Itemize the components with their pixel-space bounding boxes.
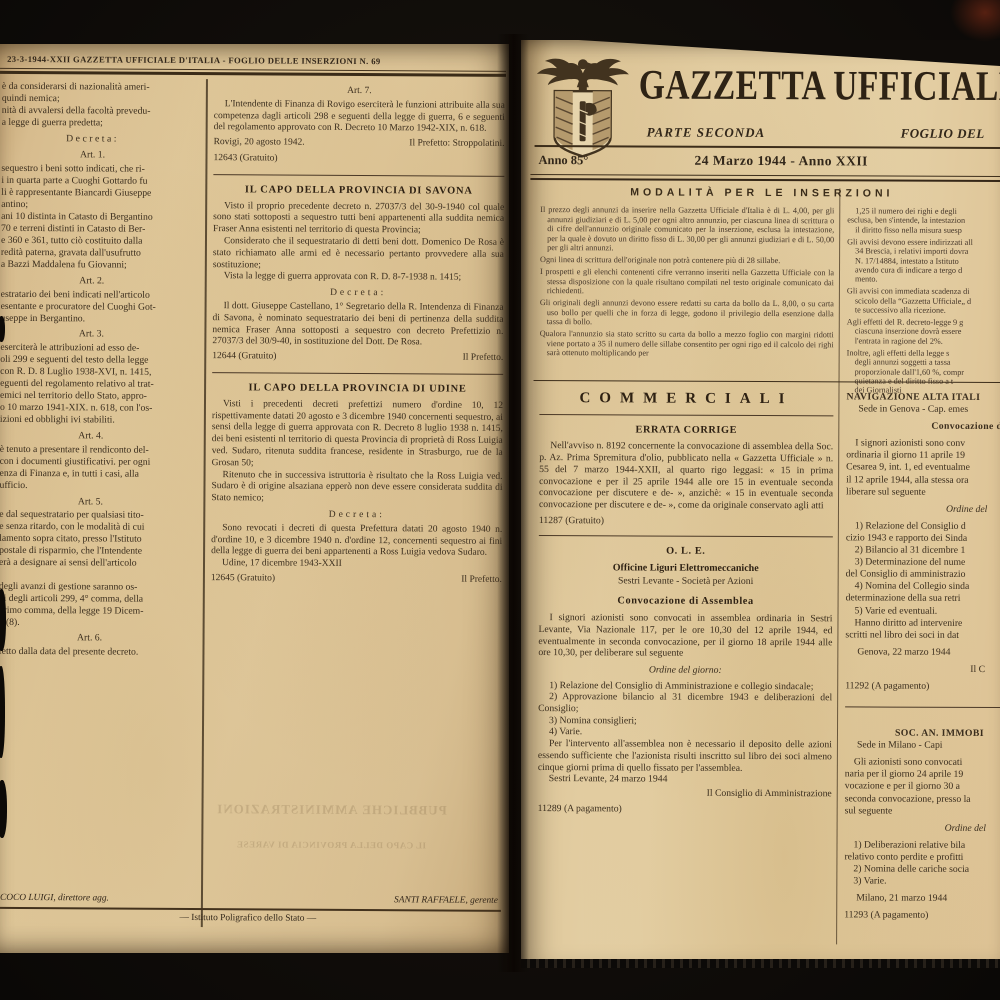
text-line: 3) Varie.: [844, 875, 1000, 888]
text: Sestri Levante - Società per Azioni: [618, 575, 753, 587]
text-block: [212, 372, 503, 375]
text-line: Il C: [970, 664, 1000, 676]
text-line: Sede in Milano - Capi: [857, 740, 1000, 753]
left-page-content: 23-3-1944-XXII GAZZETTA UFFICIALE D'ITAL…: [0, 44, 509, 956]
text-right: Il Prefetto.: [461, 575, 502, 587]
text: 12643 (Gratuito): [213, 153, 277, 163]
text: COMMERCIALI: [579, 390, 793, 407]
modalita-section-title: MODALITÀ PER LE INSERZIONI: [522, 186, 1000, 200]
text: Il dott. Giuseppe Castellano, 1° Segreta…: [212, 301, 503, 348]
text-line: erà a designare ai sensi dell'articolo: [0, 557, 200, 570]
text-line: 2) Bilancio al 31 dicembre 1: [846, 544, 1000, 557]
running-header: 23-3-1944-XXII GAZZETTA UFFICIALE D'ITAL…: [7, 54, 381, 66]
text: 12645 (Gratuito): [211, 573, 275, 585]
text: I signori azionisti sono convocati in as…: [538, 612, 832, 659]
text: Ordine del giorno:: [649, 664, 722, 675]
text-line: relativo conto perdite e profitti: [844, 851, 1000, 864]
text-block: 12643 (Gratuito): [213, 153, 504, 167]
text-line: Art. 4.: [0, 430, 182, 443]
text: 2) Approvazione bilancio al 31 dicembre …: [538, 691, 832, 714]
text: IL CAPO DELLA PROVINCIA DI UDINE: [248, 382, 466, 394]
notice-paragraph: Qualora l'annunzio sia stato scritto su …: [540, 329, 834, 359]
notice-paragraph: Gli originali degli annunzi devono esser…: [540, 298, 834, 328]
text: Il Consiglio di Amministrazione: [707, 788, 832, 800]
text-line: Genova, 22 marzo 1944: [857, 646, 1000, 659]
text-block: Sestri Levante - Società per Azioni: [539, 575, 833, 588]
text: Visto il proprio precedente decreto n. 2…: [213, 201, 504, 236]
text-line: determinazione della sua retri: [846, 593, 1000, 606]
text-block: Il dott. Giuseppe Castellano, 1° Segreta…: [212, 301, 503, 350]
text-line: scritti nel libro dei soci in dat: [845, 629, 1000, 642]
text: Sono revocati i decreti di questa Prefet…: [211, 523, 502, 558]
text-line: Cesarea 9, int. 1, ed eventualme: [846, 462, 1000, 475]
binding-smudge: [950, 0, 1000, 42]
text-line: liberare sul seguente: [846, 486, 1000, 499]
text-block: Ordine del giorno:: [538, 664, 832, 677]
text-line: Sede in Genova - Cap. emes: [858, 404, 1000, 417]
text-block: Visto il proprio precedente decreto n. 2…: [213, 201, 504, 238]
text-line: è tenuto a presentare il rendiconto del-: [0, 443, 201, 456]
text-line: 11292 (A pagamento): [845, 680, 1000, 693]
text-block: Il Consiglio di Amministrazione: [538, 787, 832, 800]
text-line: esentante e procuratore del Cuoghi Got-: [1, 300, 202, 313]
foglio-label: FOGLIO DEL: [901, 126, 985, 142]
text: 1) Relazione del Consiglio di Amministra…: [549, 680, 813, 692]
text-block: O. L. E.: [539, 545, 833, 558]
text-line: sul seguente: [845, 805, 1000, 818]
text-line: mento.: [855, 275, 1000, 285]
text: ERRATA CORRIGE: [636, 424, 738, 435]
footer-rule: [0, 907, 501, 912]
gazette-title: GAZZETTA UFFICIALE D: [639, 61, 1000, 111]
text-block: IL CAPO DELLA PROVINCIA DI UDINE: [212, 382, 503, 396]
text-block: 12644 (Gratuito)Il Prefetto.: [212, 351, 503, 365]
text-line: sequestro i beni sotto indicati, che ri-: [1, 162, 202, 175]
text: 4) Varie.: [549, 727, 582, 738]
text: Ritenuto che in successiva istruttoria è…: [211, 470, 502, 504]
text-line: estratario dei beni indicati nell'artico…: [1, 288, 202, 301]
text-block: Sestri Levante, 24 marzo 1944: [538, 773, 832, 786]
text-line: ufficio.: [0, 480, 201, 493]
text-line: Art. 3.: [0, 328, 182, 341]
right-page: GAZZETTA UFFICIALE D PARTE SECONDA FOGLI…: [521, 40, 1000, 968]
text: 12644 (Gratuito): [212, 351, 276, 363]
issue-date: 24 Marzo 1944 - Anno XXII: [694, 153, 867, 170]
text-block: [539, 535, 833, 537]
text: Art. 7.: [347, 86, 372, 96]
text-line: 1) Deliberazioni relative bila: [844, 839, 1000, 852]
notice-paragraph: I prospetti e gli elenchi contenenti cif…: [540, 267, 834, 297]
text-block: COMMERCIALI: [539, 393, 833, 406]
text-block: Sono revocati i decreti di questa Prefet…: [211, 523, 502, 560]
text-line: naria per il giorno 24 aprile 19: [845, 769, 1000, 782]
binding-gutter-shadow: [497, 34, 529, 972]
text-line: seconda convocazione, presso la: [845, 793, 1000, 806]
ghost-heading: PUBBLICHE AMMINISTRAZIONI: [200, 801, 462, 819]
text: Nell'avviso n. 8192 concernente la convo…: [539, 440, 833, 511]
text-line: degli annunzi soggetti a tassa: [855, 358, 1000, 368]
text-block: Decreta:: [213, 287, 504, 301]
text-line: l'entrata in ragione del 2%.: [855, 336, 1000, 346]
text-line: fetto dalla data del presente decreto.: [0, 646, 200, 659]
text-block: Visti i precedenti decreti prefettizi nu…: [212, 399, 503, 472]
text-line: I signori azionisti sono conv: [846, 438, 1000, 451]
text: Decreta:: [330, 288, 386, 298]
text-line: 1) Relazione del Consiglio d: [846, 520, 1000, 533]
left-page: 23-3-1944-XXII GAZZETTA UFFICIALE D'ITAL…: [0, 44, 509, 953]
text-line: 34 Brescia, i relativi importi dovra: [855, 247, 1000, 257]
text-line: Gli avvisi con immediata scadenza di: [847, 287, 1000, 297]
notice-paragraph: Ogni linea di scrittura dell'originale n…: [540, 255, 834, 266]
text-block: Ritenuto che in successiva istruttoria è…: [211, 470, 502, 507]
text-line: 4) Nomina del Collegio sinda: [846, 581, 1000, 594]
text-block: I signori azionisti sono convocati in as…: [538, 612, 832, 660]
commerciali-column: COMMERCIALIERRATA CORRIGENell'avviso n. …: [538, 391, 834, 816]
show-through-ghost-text: PUBBLICHE AMMINISTRAZIONI IL CAPO DELLA …: [200, 801, 462, 851]
text-line: Ordine del: [946, 504, 1000, 516]
text-line: 4 (8).: [0, 617, 200, 630]
text-line: Convocazione d: [931, 421, 1000, 434]
text-line: ciascuna inserzione dovrà essere: [855, 327, 1000, 337]
text-line: [845, 706, 1000, 708]
text-block: [539, 414, 833, 416]
text-line: Hanno diritto ad intervenire: [845, 617, 1000, 630]
right-column: Art. 7.L'Intendente di Finanza di Rovigo…: [211, 80, 505, 586]
announcements-column-clipped: NAVIGAZIONE ALTA ITALISede in Genova - C…: [844, 391, 1000, 922]
text: IL CAPO DELLA PROVINCIA DI SAVONA: [245, 184, 473, 196]
text-block: Decreta:: [211, 509, 502, 523]
text: O. L. E.: [666, 546, 705, 557]
text: Per l'intervento all'assemblea non è nec…: [538, 738, 832, 773]
text-line: del Consiglio di amministrazio: [846, 569, 1000, 582]
text-line: a legge di guerra predetta;: [2, 117, 203, 130]
date-rule-thin: [530, 174, 1000, 177]
text-block: Udine, 17 dicembre 1943-XXII: [211, 558, 502, 572]
text-line: ni degli articoli 299, 4° comma, della: [0, 592, 200, 605]
text-line: 2) Nomina delle cariche socia: [844, 863, 1000, 876]
text-right: Il Prefetto: Stroppolatini.: [409, 139, 504, 151]
text-line: Art. 2.: [1, 275, 183, 288]
ghost-subheading: IL CAPO DELLA PROVINCIA DI VARESE: [200, 839, 462, 851]
text: Visti i precedenti decreti prefettizi nu…: [212, 399, 503, 468]
text: Vista la legge di guerra approvata con R…: [224, 272, 461, 283]
text-line: NAVIGAZIONE ALTA ITALI: [846, 391, 1000, 404]
text-line: izioni ed obblighi ivi stabiliti.: [0, 414, 201, 427]
text-line: degli avanzi di gestione saranno os-: [0, 580, 200, 593]
text-line: li è rappresentante Biancardi Giuseppe: [1, 187, 202, 200]
text-block: 11287 (Gratuito): [539, 515, 833, 528]
text-line: Gli azionisti sono convocati: [845, 757, 1000, 770]
text: Udine, 17 dicembre 1943-XXII: [222, 558, 342, 569]
text-line: 3) Determinazione del nume: [846, 556, 1000, 569]
text-block: Vista la legge di guerra approvata con R…: [213, 271, 504, 285]
text-block: 11289 (A pagamento): [538, 803, 832, 816]
modalita-left-column: Il prezzo degli annunzi da inserire nell…: [540, 205, 835, 361]
text-line: cizio 1943 e rapporto dei Sinda: [846, 532, 1000, 545]
text: 11289 (A pagamento): [538, 803, 622, 814]
notice-paragraph: Il prezzo degli annunzi da inserire nell…: [540, 205, 834, 254]
text: Considerato che il sequestratario di det…: [213, 236, 504, 270]
text-block: IL CAPO DELLA PROVINCIA DI SAVONA: [213, 184, 504, 198]
text-line: il diritto fisso nella misura suesp: [855, 225, 1000, 235]
text-line: SOC. AN. IMMOBI: [895, 728, 1000, 741]
text-line: con i documenti giustificativi. per ogni: [0, 456, 201, 469]
text-block: 2) Approvazione bilancio al 31 dicembre …: [538, 691, 832, 716]
text-line: enza di Finanza e, in tutti i casi, alla: [0, 468, 201, 481]
text-line: Decreta:: [2, 133, 184, 146]
text-line: ordinaria il giorno 11 aprile 19: [846, 450, 1000, 463]
text-block: Convocazione di Assemblea: [539, 595, 833, 608]
left-column-clipped: è da considerarsi di nazionalità ameri-q…: [0, 81, 203, 732]
year-label: Anno 85°: [538, 153, 588, 168]
text-line: vocazione e per il giorno 30 a: [845, 781, 1000, 794]
text: Officine Liguri Elettromeccaniche: [613, 562, 759, 574]
text-block: Art. 7.: [214, 85, 505, 99]
text-line: primo comma, della legge 19 Dicem-: [0, 605, 200, 618]
text-block: Per l'intervento all'assemblea non è nec…: [538, 738, 832, 774]
text-block: 12645 (Gratuito)Il Prefetto.: [211, 573, 502, 587]
printer-imprint: — Istituto Poligrafico dello Stato —: [0, 912, 501, 925]
text-line: Art. 5.: [0, 495, 181, 508]
column-divider-rule: [836, 188, 840, 944]
text-line: il 12 aprile 1944, alla stessa ora: [846, 474, 1000, 487]
text-line: Milano, 21 marzo 1944: [856, 893, 1000, 906]
text-block: Rovigi, 20 agosto 1942.Il Prefetto: Stro…: [214, 137, 505, 151]
text: L'Intendente di Finanza di Rovigo eserci…: [214, 99, 505, 134]
manager-credit: SANTI RAFFAELE, gerente: [394, 895, 498, 906]
text: Sestri Levante, 24 marzo 1944: [549, 773, 668, 785]
text-line: Art. 6.: [0, 632, 181, 645]
text-line: te successivo alla ricezione.: [855, 305, 1000, 315]
text-line: useppe in Bergantino.: [0, 313, 201, 326]
text-block: ERRATA CORRIGE: [539, 424, 833, 437]
text-line: a Bazzi Maddalena fu Giovanni;: [1, 259, 202, 272]
text: Decreta:: [329, 510, 385, 520]
text: 3) Nomina consiglieri;: [549, 715, 637, 726]
part-label: PARTE SECONDA: [647, 124, 766, 141]
text-block: Officine Liguri Elettromeccaniche: [539, 562, 833, 575]
text: 11287 (Gratuito): [539, 515, 604, 526]
text-line: 11293 (A pagamento): [844, 910, 1000, 923]
page-footer: COCO LUIGI, direttore agg. SANTI RAFFAEL…: [0, 893, 498, 906]
director-credit: COCO LUIGI, direttore agg.: [0, 893, 109, 904]
text-line: i in quarta parte a Cuoghi Gottardo fu: [1, 174, 202, 187]
text: Rovigi, 20 agosto 1942.: [214, 137, 305, 149]
modalita-right-column-clipped: 1,25 il numero dei righi e degliesclusa,…: [846, 206, 1000, 396]
text-line: 5) Varie ed eventuali.: [846, 605, 1000, 618]
text: Convocazione di Assemblea: [617, 596, 753, 608]
header-rule-thick: [0, 71, 506, 77]
text-block: Considerato che il sequestratario di det…: [213, 236, 504, 273]
text-block: L'Intendente di Finanza di Rovigo eserci…: [214, 99, 505, 136]
text-line: Ordine del: [945, 823, 1000, 835]
text-block: [213, 174, 504, 177]
right-page-content: GAZZETTA UFFICIALE D PARTE SECONDA FOGLI…: [521, 40, 1000, 968]
text-block: Nell'avviso n. 8192 concernente la convo…: [539, 440, 833, 512]
date-rule-thick: [530, 177, 1000, 182]
text-line: Art. 1.: [1, 149, 183, 162]
